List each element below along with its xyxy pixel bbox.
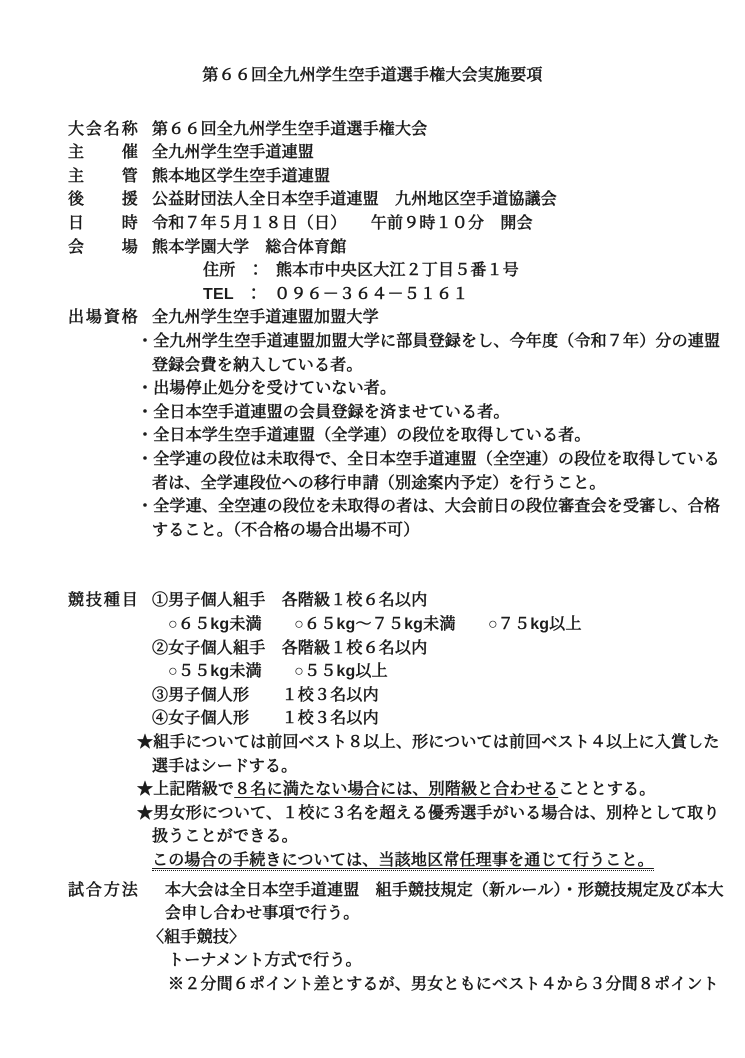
text-segment: 会申し合わせ事項で行う。 xyxy=(165,905,359,922)
doc-line: 住所 ： 熊本市中央区大江２丁目５番１号 xyxy=(0,259,745,283)
text-segment: ・出場停止処分を受けていない者。 xyxy=(137,380,396,397)
field-label: 競技種目 xyxy=(68,589,138,613)
doc-line: 出場資格全九州学生空手道連盟加盟大学 xyxy=(0,306,745,330)
field-label: 出場資格 xyxy=(68,306,138,330)
text-segment: 登録会費を納入している者。 xyxy=(152,357,363,374)
field-label: 後援 xyxy=(68,188,138,212)
document-title: 第６６回全九州学生空手道選手権大会実施要項 xyxy=(0,64,745,88)
blank-line xyxy=(0,566,745,590)
text-segment: ②女子個人組手 各階級１校６名以内 xyxy=(152,640,427,657)
text-segment: ★男女形について、１校に３名を超える優秀選手がいる場合は、別枠として取り xyxy=(137,805,720,822)
text-segment: 熊本地区学生空手道連盟 xyxy=(152,168,330,185)
text-segment: ※２分間６ポイント差とするが、男女ともにベスト４から３分間８ポイント xyxy=(168,976,719,993)
blank-line xyxy=(0,542,745,566)
doc-line: この場合の手続きについては、当該地区常任理事を通じて行うこと。 xyxy=(0,849,745,873)
doc-line: 会場熊本学園大学 総合体育館 xyxy=(0,236,745,260)
field-label: 大会名称 xyxy=(68,118,138,142)
doc-line: 登録会費を納入している者。 xyxy=(0,354,745,378)
doc-line: 扱うことができる。 xyxy=(0,825,745,849)
doc-line: ・全学連の段位は未取得で、全日本空手道連盟（全空連）の段位を取得している xyxy=(0,448,745,472)
doc-line: 者は、全学連段位への移行申請（別途案内予定）を行うこと。 xyxy=(0,472,745,496)
doc-line: 主催全九州学生空手道連盟 xyxy=(0,141,745,165)
field-label: 試合方法 xyxy=(68,879,138,903)
document-page: 第６６回全九州学生空手道選手権大会実施要項 大会名称第６６回全九州学生空手道選手… xyxy=(0,0,745,1058)
doc-line: すること。（不合格の場合出場不可） xyxy=(0,519,745,543)
text-segment: ①男子個人組手 各階級１校６名以内 xyxy=(152,592,427,609)
text-segment: 令和７年５月１８日（日） 午前９時１０分 開会 xyxy=(152,215,533,232)
doc-line: 試合方法本大会は全日本空手道連盟 組手競技規定（新ルール）・形競技規定及び本大 xyxy=(0,879,745,903)
doc-line: 日時令和７年５月１８日（日） 午前９時１０分 開会 xyxy=(0,212,745,236)
text-segment: 本大会は全日本空手道連盟 組手競技規定（新ルール）・形競技規定及び本大 xyxy=(165,882,724,899)
text-segment: ・全日本空手道連盟の会員登録を済ませている者。 xyxy=(137,404,510,421)
doc-line: ※２分間６ポイント差とするが、男女ともにベスト４から３分間８ポイント xyxy=(0,973,745,997)
text-segment: 選手はシードする。 xyxy=(152,758,297,775)
text-segment: ・全日本学生空手道連盟（全学連）の段位を取得している者。 xyxy=(137,427,591,444)
text-segment: ・全九州学生空手道連盟加盟大学に部員登録をし、今年度（令和７年）分の連盟 xyxy=(137,333,720,350)
doc-line: 〈組手競技〉 xyxy=(0,926,745,950)
text-segment: 住所 ： 熊本市中央区大江２丁目５番１号 xyxy=(203,262,519,279)
doc-line: ○５５kg未満 ○５５kg以上 xyxy=(0,660,745,684)
document-body: 大会名称第６６回全九州学生空手道選手権大会主催全九州学生空手道連盟主管熊本地区学… xyxy=(0,118,745,997)
text-segment: ④女子個人形 １校３名以内 xyxy=(152,710,379,727)
doc-line: ★組手については前回ベスト８以上、形については前回ベスト４以上に入賞した xyxy=(0,731,745,755)
doc-line: ・全学連、全空連の段位を未取得の者は、大会前日の段位審査会を受審し、合格 xyxy=(0,495,745,519)
doc-line: 会申し合わせ事項で行う。 xyxy=(0,902,745,926)
field-label: 主催 xyxy=(68,141,138,165)
text-segment: 者は、全学連段位への移行申請（別途案内予定）を行うこと。 xyxy=(152,475,606,492)
doc-line: ★上記階級で８名に満たない場合には、別階級と合わせることとする。 xyxy=(0,778,745,802)
text-segment: こととする。 xyxy=(558,781,655,798)
doc-line: 競技種目①男子個人組手 各階級１校６名以内 xyxy=(0,589,745,613)
text-segment: 全九州学生空手道連盟加盟大学 xyxy=(152,309,379,326)
doc-line: 選手はシードする。 xyxy=(0,755,745,779)
text-segment: 〈組手競技〉 xyxy=(148,929,245,946)
text-segment: ★上記階級で xyxy=(137,781,234,798)
text-segment: この場合の手続きについては、当該地区常任理事を通じて行うこと。 xyxy=(152,852,654,871)
text-segment: TEL ： ０９６－３６４－５１６１ xyxy=(203,286,469,303)
doc-line: ★男女形について、１校に３名を超える優秀選手がいる場合は、別枠として取り xyxy=(0,802,745,826)
doc-line: ・全九州学生空手道連盟加盟大学に部員登録をし、今年度（令和７年）分の連盟 xyxy=(0,330,745,354)
field-label: 日時 xyxy=(68,212,138,236)
doc-line: TEL ： ０９６－３６４－５１６１ xyxy=(0,283,745,307)
field-label: 会場 xyxy=(68,236,138,260)
text-segment: 扱うことができる。 xyxy=(152,828,298,845)
doc-line: ②女子個人組手 各階級１校６名以内 xyxy=(0,637,745,661)
text-segment: ・全学連の段位は未取得で、全日本空手道連盟（全空連）の段位を取得している xyxy=(137,451,720,468)
doc-line: ○６５kg未満 ○６５kg～７５kg未満 ○７５kg以上 xyxy=(0,613,745,637)
doc-line: 主管熊本地区学生空手道連盟 xyxy=(0,165,745,189)
text-segment: すること。（不合格の場合出場不可） xyxy=(152,522,419,539)
text-segment: ★組手については前回ベスト８以上、形については前回ベスト４以上に入賞した xyxy=(137,734,720,751)
text-segment: トーナメント方式で行う。 xyxy=(168,952,362,969)
field-label: 主管 xyxy=(68,165,138,189)
doc-line: 大会名称第６６回全九州学生空手道選手権大会 xyxy=(0,118,745,142)
doc-line: ・全日本空手道連盟の会員登録を済ませている者。 xyxy=(0,401,745,425)
text-segment: ○６５kg未満 ○６５kg～７５kg未満 ○７５kg以上 xyxy=(168,616,582,633)
text-segment: ③男子個人形 １校３名以内 xyxy=(152,687,379,704)
text-segment: ８名に満たない場合には、別階級と合わせる xyxy=(234,781,558,798)
doc-line: トーナメント方式で行う。 xyxy=(0,949,745,973)
text-segment: 全九州学生空手道連盟 xyxy=(152,144,314,161)
text-segment: 公益財団法人全日本空手道連盟 九州地区空手道協議会 xyxy=(152,191,557,208)
text-segment: ・全学連、全空連の段位を未取得の者は、大会前日の段位審査会を受審し、合格 xyxy=(137,498,720,515)
text-segment: 第６６回全九州学生空手道選手権大会 xyxy=(152,121,427,138)
text-segment: ○５５kg未満 ○５５kg以上 xyxy=(168,663,388,680)
doc-line: ・出場停止処分を受けていない者。 xyxy=(0,377,745,401)
doc-line: ・全日本学生空手道連盟（全学連）の段位を取得している者。 xyxy=(0,424,745,448)
doc-line: ④女子個人形 １校３名以内 xyxy=(0,707,745,731)
text-segment: 熊本学園大学 総合体育館 xyxy=(152,239,346,256)
doc-line: 後援公益財団法人全日本空手道連盟 九州地区空手道協議会 xyxy=(0,188,745,212)
doc-line: ③男子個人形 １校３名以内 xyxy=(0,684,745,708)
